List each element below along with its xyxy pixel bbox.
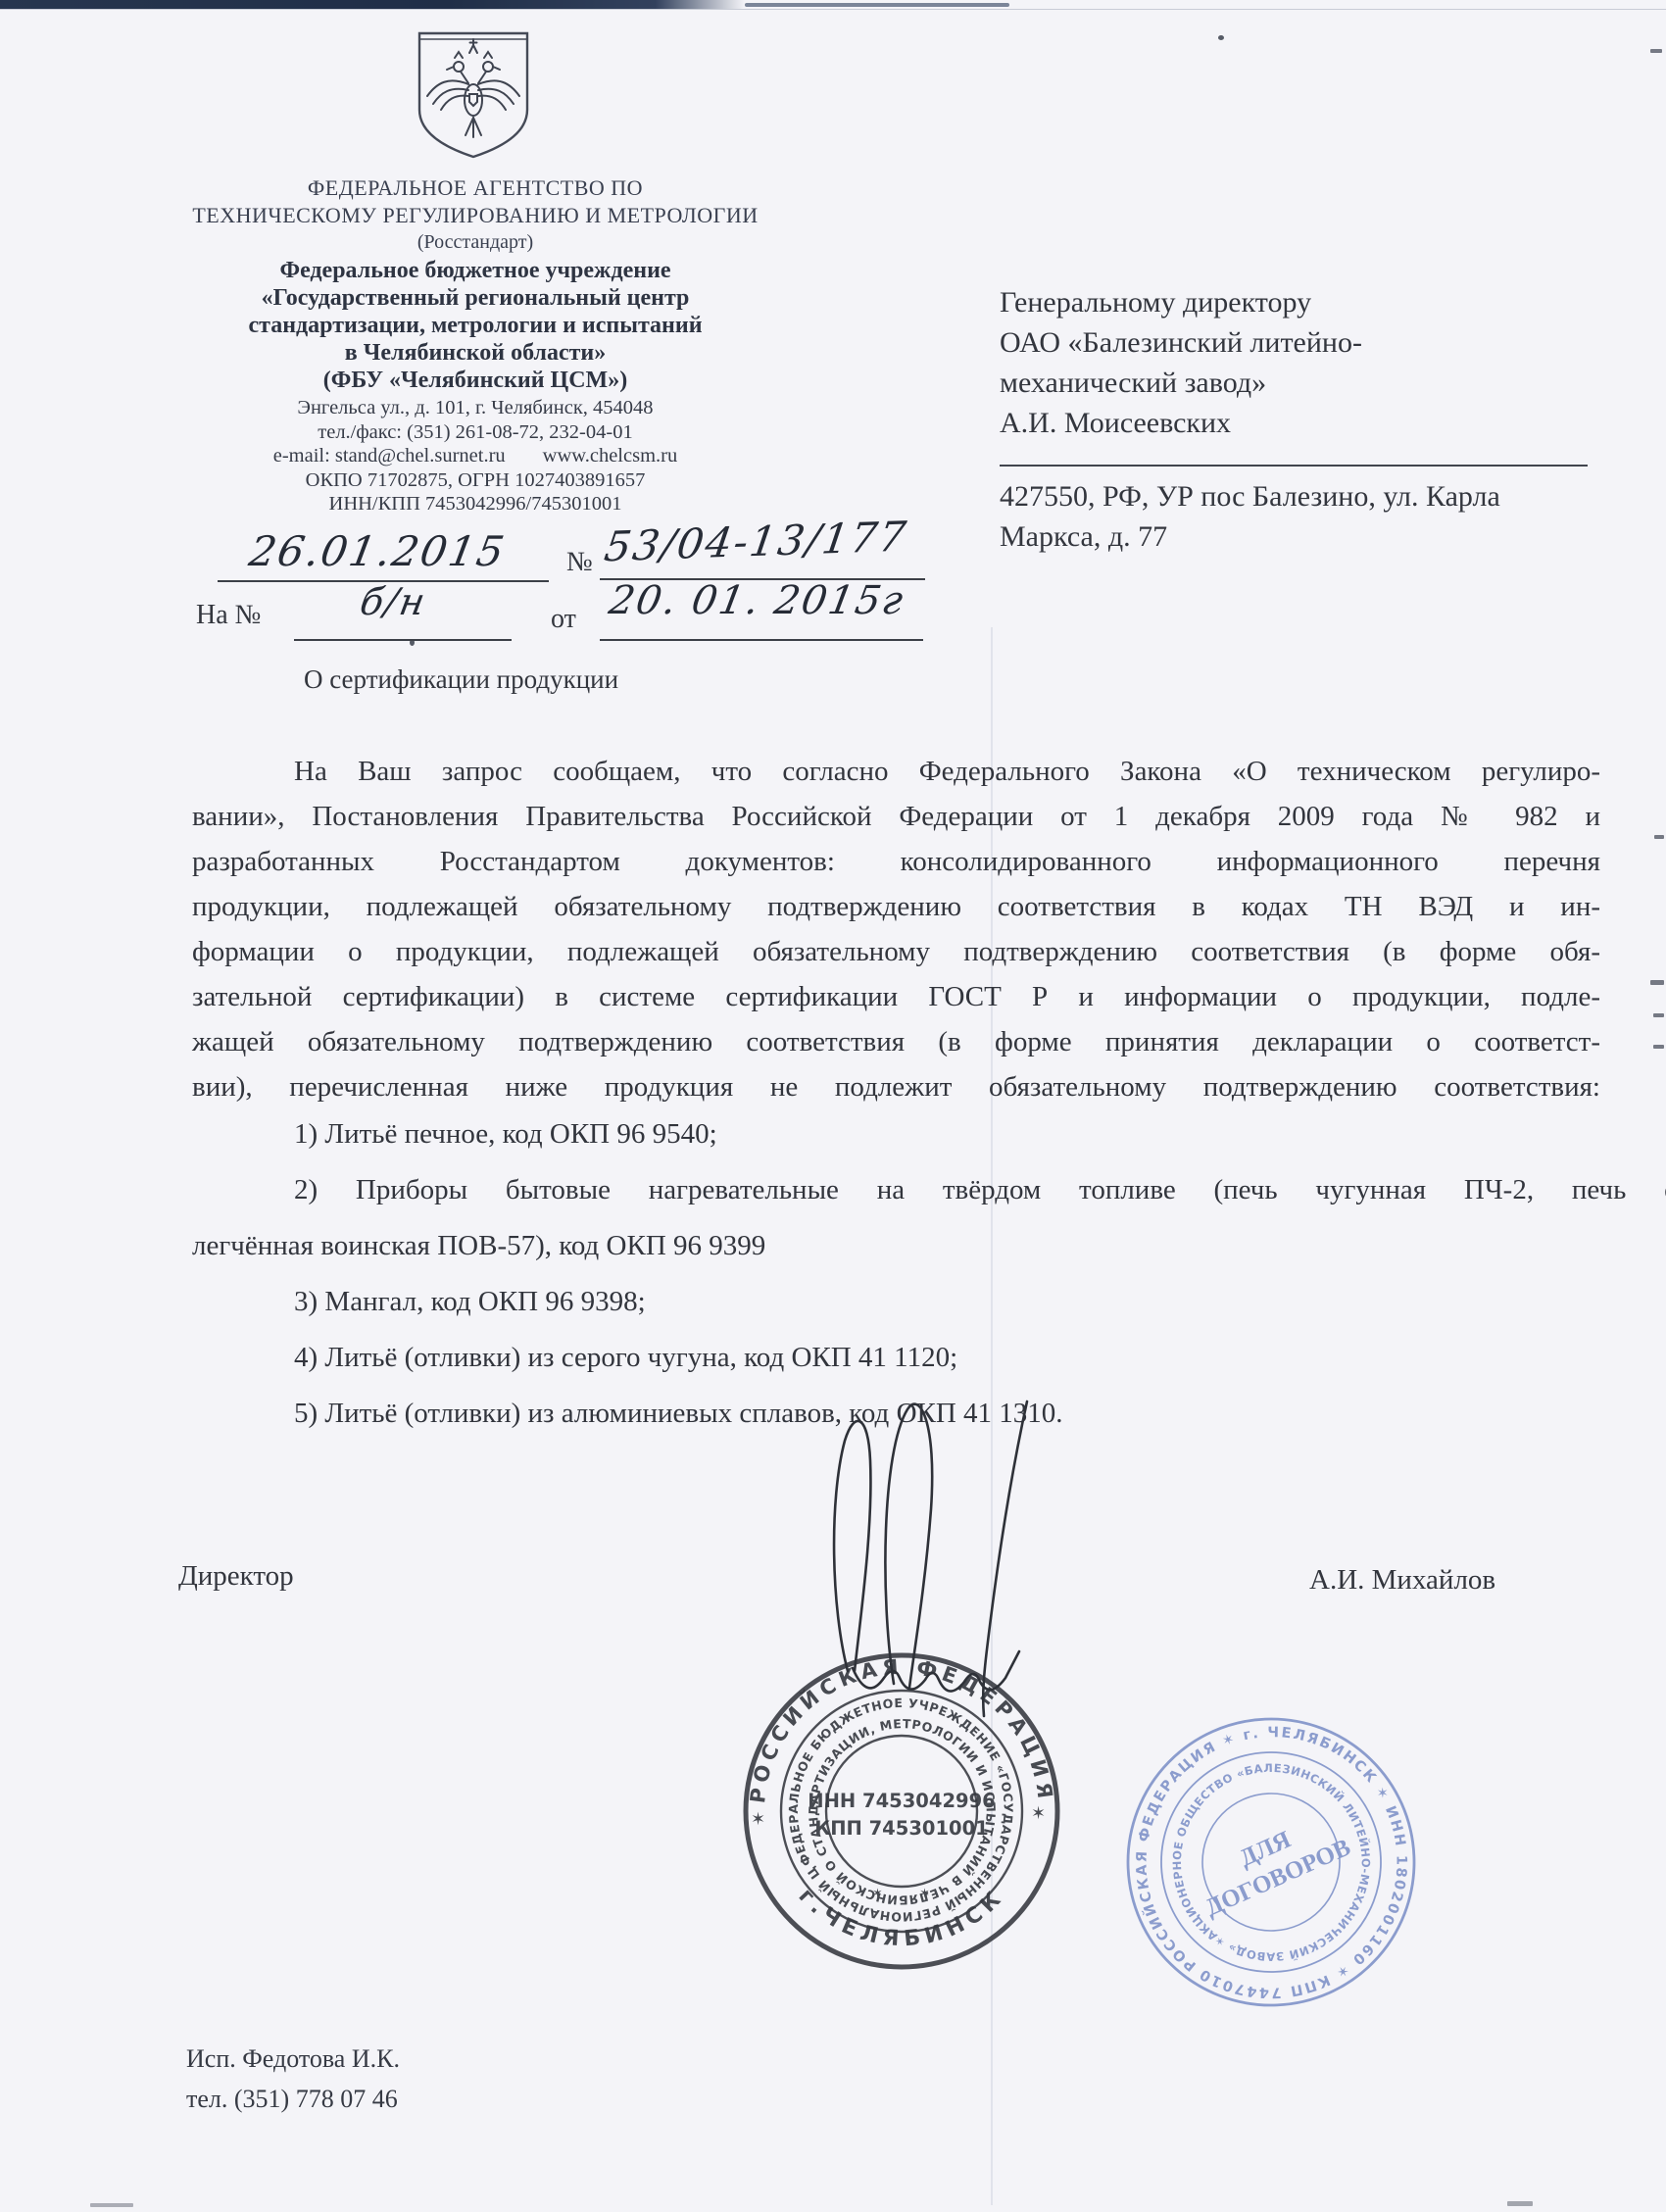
director-signature [804,1387,1058,1759]
scan-mark [90,2203,133,2207]
contact-address: Энгельса ул., д. 101, г. Челябинск, 4540… [147,396,804,420]
scan-mark [1507,2201,1533,2206]
body-line: На Ваш запрос сообщаем, что согласно Фед… [192,749,1600,794]
contact-email-row: e-mail: stand@chel.surnet.ruwww.chelcsm.… [147,444,804,468]
scan-mark [1653,1013,1664,1017]
body-line: вании», Постановления Правительства Росс… [192,794,1600,839]
reply-to-label: На № [196,600,261,631]
recipient-line: механический завод» [1000,363,1602,403]
reply-number-underline [294,639,512,641]
outgoing-date-handwritten: 26.01.2015 [246,527,510,575]
org-line: Федеральное бюджетное учреждение [147,257,804,284]
reply-date-handwritten: 20. 01. 2015г [606,578,908,623]
scan-mark [1650,49,1662,53]
stamp-csm-star-inner: ✶ [872,1887,883,1901]
body-paragraph: На Ваш запрос сообщаем, что согласно Фед… [192,749,1600,1109]
recipient-address-block: 427550, РФ, УР пос Балезино, ул. Карла М… [1000,476,1602,557]
body-line: зательной сертификации) в системе сертиф… [192,974,1600,1019]
stamp-csm-kpp: КПП 745301001 [814,1817,988,1840]
stamp-csm-inn: ИНН 7453042996 [808,1790,995,1812]
scan-speck [1218,35,1224,40]
org-line: в Челябинской области» [147,339,804,367]
contact-email: e-mail: stand@chel.surnet.ru [273,445,506,467]
scan-edge-band [0,0,745,9]
agency-line: ТЕХНИЧЕСКОМУ РЕГУЛИРОВАНИЮ И МЕТРОЛОГИИ [147,202,804,229]
recipient-line: ОАО «Балезинский литейно- [1000,322,1602,363]
contact-website: www.chelcsm.ru [543,445,678,467]
org-line: (ФБУ «Челябинский ЦСМ») [147,367,804,394]
org-line: «Государственный региональный центр [147,284,804,312]
organization-name-block: Федеральное бюджетное учреждение «Госуда… [147,257,804,394]
stamp-csm-star-right: ✶ [1031,1803,1046,1824]
signer-name: А.И. Михайлов [1309,1564,1495,1597]
recipient-divider-line [1000,465,1588,467]
contact-inn-kpp: ИНН/КПП 7453042996/745301001 [147,492,804,516]
agency-line: (Росстандарт) [147,229,804,255]
recipient-address-line: Маркса, д. 77 [1000,516,1602,557]
body-line: разработанных Росстандартом документов: … [192,839,1600,884]
signer-title: Директор [178,1560,294,1593]
scan-edge-band-tail [745,3,1009,7]
coat-of-arms-icon [412,27,535,165]
executor-block: Исп. Федотова И.К. тел. (351) 778 07 46 [186,2039,400,2119]
scan-edge-hairline [0,9,1666,10]
recipient-block: Генеральному директору ОАО «Балезинский … [1000,282,1602,443]
reply-number-handwritten: б/н [357,580,430,623]
scan-mark [1654,835,1664,839]
reply-date-underline [600,639,923,641]
letter-page: ФЕДЕРАЛЬНОЕ АГЕНТСТВО ПО ТЕХНИЧЕСКОМУ РЕ… [0,0,1666,2212]
scan-mark [1653,1045,1664,1049]
recipient-line: Генеральному директору [1000,282,1602,322]
body-line: вии), перечисленная ниже продукция не по… [192,1064,1600,1109]
stamp-contracts-outer-ring: РОССИЙСКАЯ ФЕДЕРАЦИЯ ✶ г. ЧЕЛЯБИНСК ✶ ИН… [1119,1710,1423,2014]
scan-mark [1650,980,1664,985]
contact-phone: тел./факс: (351) 261-08-72, 232-04-01 [147,420,804,445]
stamp-csm-star-left: ✶ [751,1809,765,1830]
list-item-3: 3) Мангал, код ОКП 96 9398; [192,1279,1666,1324]
body-line: продукции, подлежащей обязательному подт… [192,884,1600,929]
list-item-1: 1) Литьё печное, код ОКП 96 9540; [192,1111,1666,1156]
subject-line: О сертификации продукции [304,664,618,695]
round-stamp-contracts: РОССИЙСКАЯ ФЕДЕРАЦИЯ ✶ г. ЧЕЛЯБИНСК ✶ ИН… [1119,1710,1423,2014]
org-line: стандартизации, метрологии и испытаний [147,312,804,339]
contact-block: Энгельса ул., д. 101, г. Челябинск, 4540… [147,396,804,516]
svg-text:РОССИЙСКАЯ ФЕДЕРАЦИЯ ✶ г. ЧЕЛЯ: РОССИЙСКАЯ ФЕДЕРАЦИЯ ✶ г. ЧЕЛЯБИНСК ✶ ИН… [1119,1710,1423,2014]
list-item-2-line2: легчённая воинская ПОВ-57), код ОКП 96 9… [192,1223,1600,1268]
stamp-csm-star-inner: ✶ [919,1887,930,1901]
list-item-2-line1: 2) Приборы бытовые нагревательные на твё… [192,1167,1666,1212]
agency-line: ФЕДЕРАЛЬНОЕ АГЕНТСТВО ПО [147,174,804,202]
contact-okpo-ogrn: ОКПО 71702875, ОГРН 1027403891657 [147,468,804,493]
number-label: № [566,547,593,578]
agency-name-block: ФЕДЕРАЛЬНОЕ АГЕНТСТВО ПО ТЕХНИЧЕСКОМУ РЕ… [147,174,804,255]
recipient-address-line: 427550, РФ, УР пос Балезино, ул. Карла [1000,476,1602,516]
from-label: от [551,604,576,635]
executor-phone: тел. (351) 778 07 46 [186,2079,400,2119]
executor-name: Исп. Федотова И.К. [186,2039,400,2079]
body-line: формации о продукции, подлежащей обязате… [192,929,1600,974]
recipient-line: А.И. Моисеевских [1000,403,1602,443]
body-line: жащей обязательному подтверждению соотве… [192,1019,1600,1064]
outgoing-number-handwritten: 53/04-13/177 [602,513,911,571]
list-item-4: 4) Литьё (отливки) из серого чугуна, код… [192,1335,1666,1380]
